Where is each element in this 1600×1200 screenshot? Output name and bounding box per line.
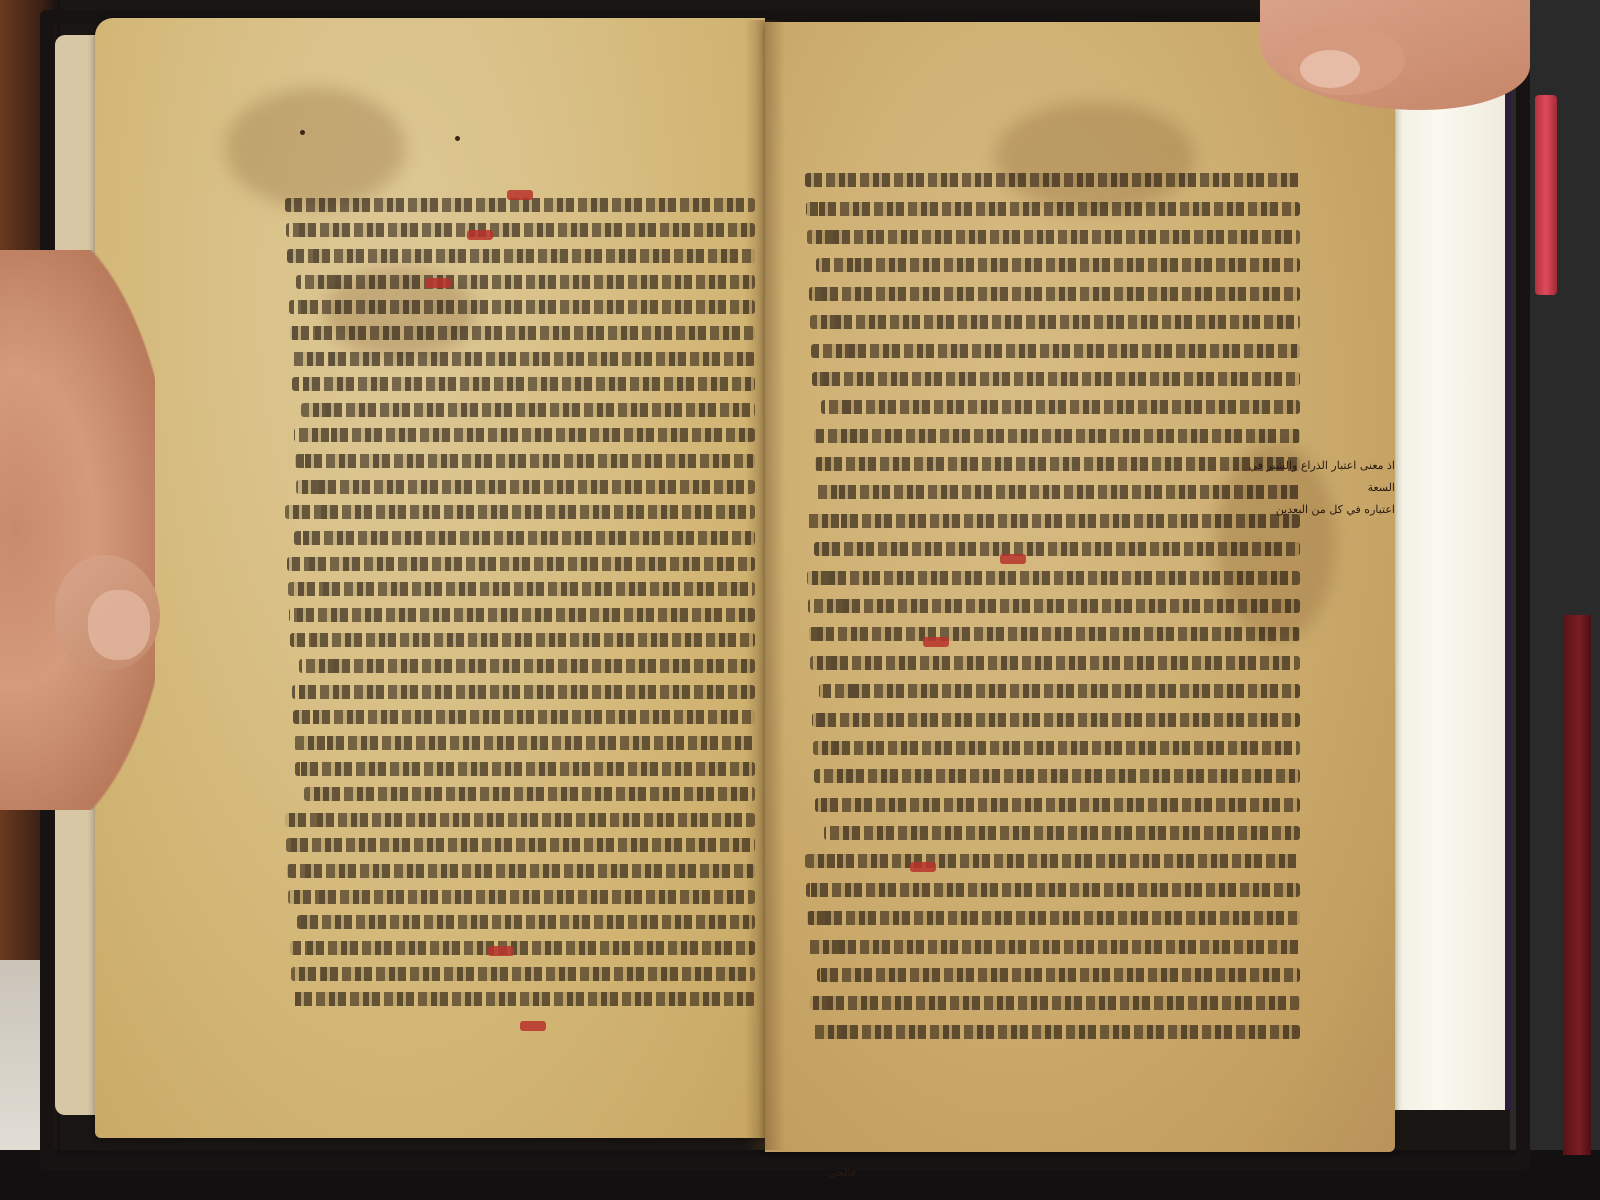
- manuscript-right-page: [765, 22, 1395, 1152]
- text-line: [290, 334, 755, 336]
- text-line: [815, 806, 1300, 808]
- rubric-word-qawluhu: [923, 637, 949, 647]
- text-line: [296, 283, 755, 285]
- text-line: [813, 749, 1300, 751]
- rubric-word-qawluhu: [1000, 554, 1026, 564]
- text-line: [805, 181, 1300, 183]
- text-line: [301, 411, 755, 413]
- text-line: [291, 360, 755, 362]
- text-line: [288, 898, 755, 900]
- text-line: [807, 579, 1300, 581]
- text-line: [824, 834, 1300, 836]
- left-page-text-block: [275, 193, 755, 1013]
- text-line: [294, 744, 755, 746]
- rubric-mark: [488, 946, 514, 956]
- text-line: [290, 949, 755, 951]
- ink-spot: [300, 130, 305, 135]
- text-line: [285, 821, 755, 823]
- catchword: قالجي: [828, 1166, 856, 1179]
- rubric-mark: [425, 278, 451, 288]
- rubric-mark: [467, 230, 493, 240]
- rubric-mark: [520, 1021, 546, 1031]
- text-line: [808, 607, 1300, 609]
- text-line: [286, 846, 755, 848]
- text-line: [810, 664, 1300, 666]
- text-line: [289, 616, 755, 618]
- marginal-note-line-1: اذ معنى اعتبار الذراع والشبر في السعة: [1245, 455, 1395, 499]
- text-line: [292, 385, 755, 387]
- text-line: [297, 923, 755, 925]
- text-line: [816, 266, 1300, 268]
- text-line: [292, 1000, 755, 1002]
- text-line: [299, 667, 755, 669]
- left-hand: [0, 250, 155, 810]
- text-line: [817, 976, 1300, 978]
- text-line: [289, 308, 755, 310]
- text-line: [292, 693, 755, 695]
- text-line: [811, 1033, 1300, 1035]
- text-line: [809, 295, 1300, 297]
- white-interleaf-sheet: [1395, 45, 1511, 1110]
- text-line: [816, 493, 1300, 495]
- text-line: [819, 692, 1300, 694]
- text-line: [806, 891, 1300, 893]
- manuscript-left-page: [95, 18, 765, 1138]
- text-line: [807, 919, 1300, 921]
- text-line: [810, 1004, 1300, 1006]
- text-line: [806, 210, 1300, 212]
- red-book-spine: [1535, 95, 1557, 295]
- maroon-book-spine: [1563, 615, 1591, 1155]
- text-line: [812, 721, 1300, 723]
- water-stain: [225, 88, 405, 208]
- text-line: [809, 635, 1300, 637]
- text-line: [295, 770, 755, 772]
- text-line: [287, 872, 755, 874]
- right-page-text-block: [800, 167, 1300, 1047]
- text-line: [294, 539, 755, 541]
- text-line: [285, 206, 755, 208]
- text-line: [294, 436, 755, 438]
- text-line: [808, 948, 1300, 950]
- text-line: [293, 718, 755, 720]
- text-line: [286, 231, 755, 233]
- right-fingernail: [1300, 50, 1360, 88]
- text-line: [810, 323, 1300, 325]
- text-line: [295, 462, 755, 464]
- text-line: [291, 975, 755, 977]
- marginal-note-line-2: اعتباره في كل من البعدين: [1245, 499, 1395, 521]
- text-line: [815, 465, 1300, 467]
- text-line: [812, 380, 1300, 382]
- text-line: [821, 408, 1300, 410]
- text-line: [296, 488, 755, 490]
- text-line: [814, 437, 1300, 439]
- text-line: [805, 862, 1300, 864]
- rubric-word-qawluhu: [910, 862, 936, 872]
- text-line: [807, 238, 1300, 240]
- book-gutter: [745, 20, 785, 1150]
- text-line: [304, 795, 755, 797]
- marginal-note: اذ معنى اعتبار الذراع والشبر في السعة اع…: [1245, 455, 1395, 521]
- text-line: [805, 522, 1300, 524]
- photo-scene: اذ معنى اعتبار الذراع والشبر في السعة اع…: [0, 0, 1600, 1200]
- text-line: [814, 550, 1300, 552]
- text-line: [290, 641, 755, 643]
- left-thumbnail: [88, 590, 150, 660]
- rubric-mark: [507, 190, 533, 200]
- text-line: [287, 257, 755, 259]
- text-line: [285, 513, 755, 515]
- text-line: [287, 565, 755, 567]
- ink-spot: [455, 136, 460, 141]
- text-line: [814, 777, 1300, 779]
- text-line: [811, 352, 1300, 354]
- text-line: [288, 590, 755, 592]
